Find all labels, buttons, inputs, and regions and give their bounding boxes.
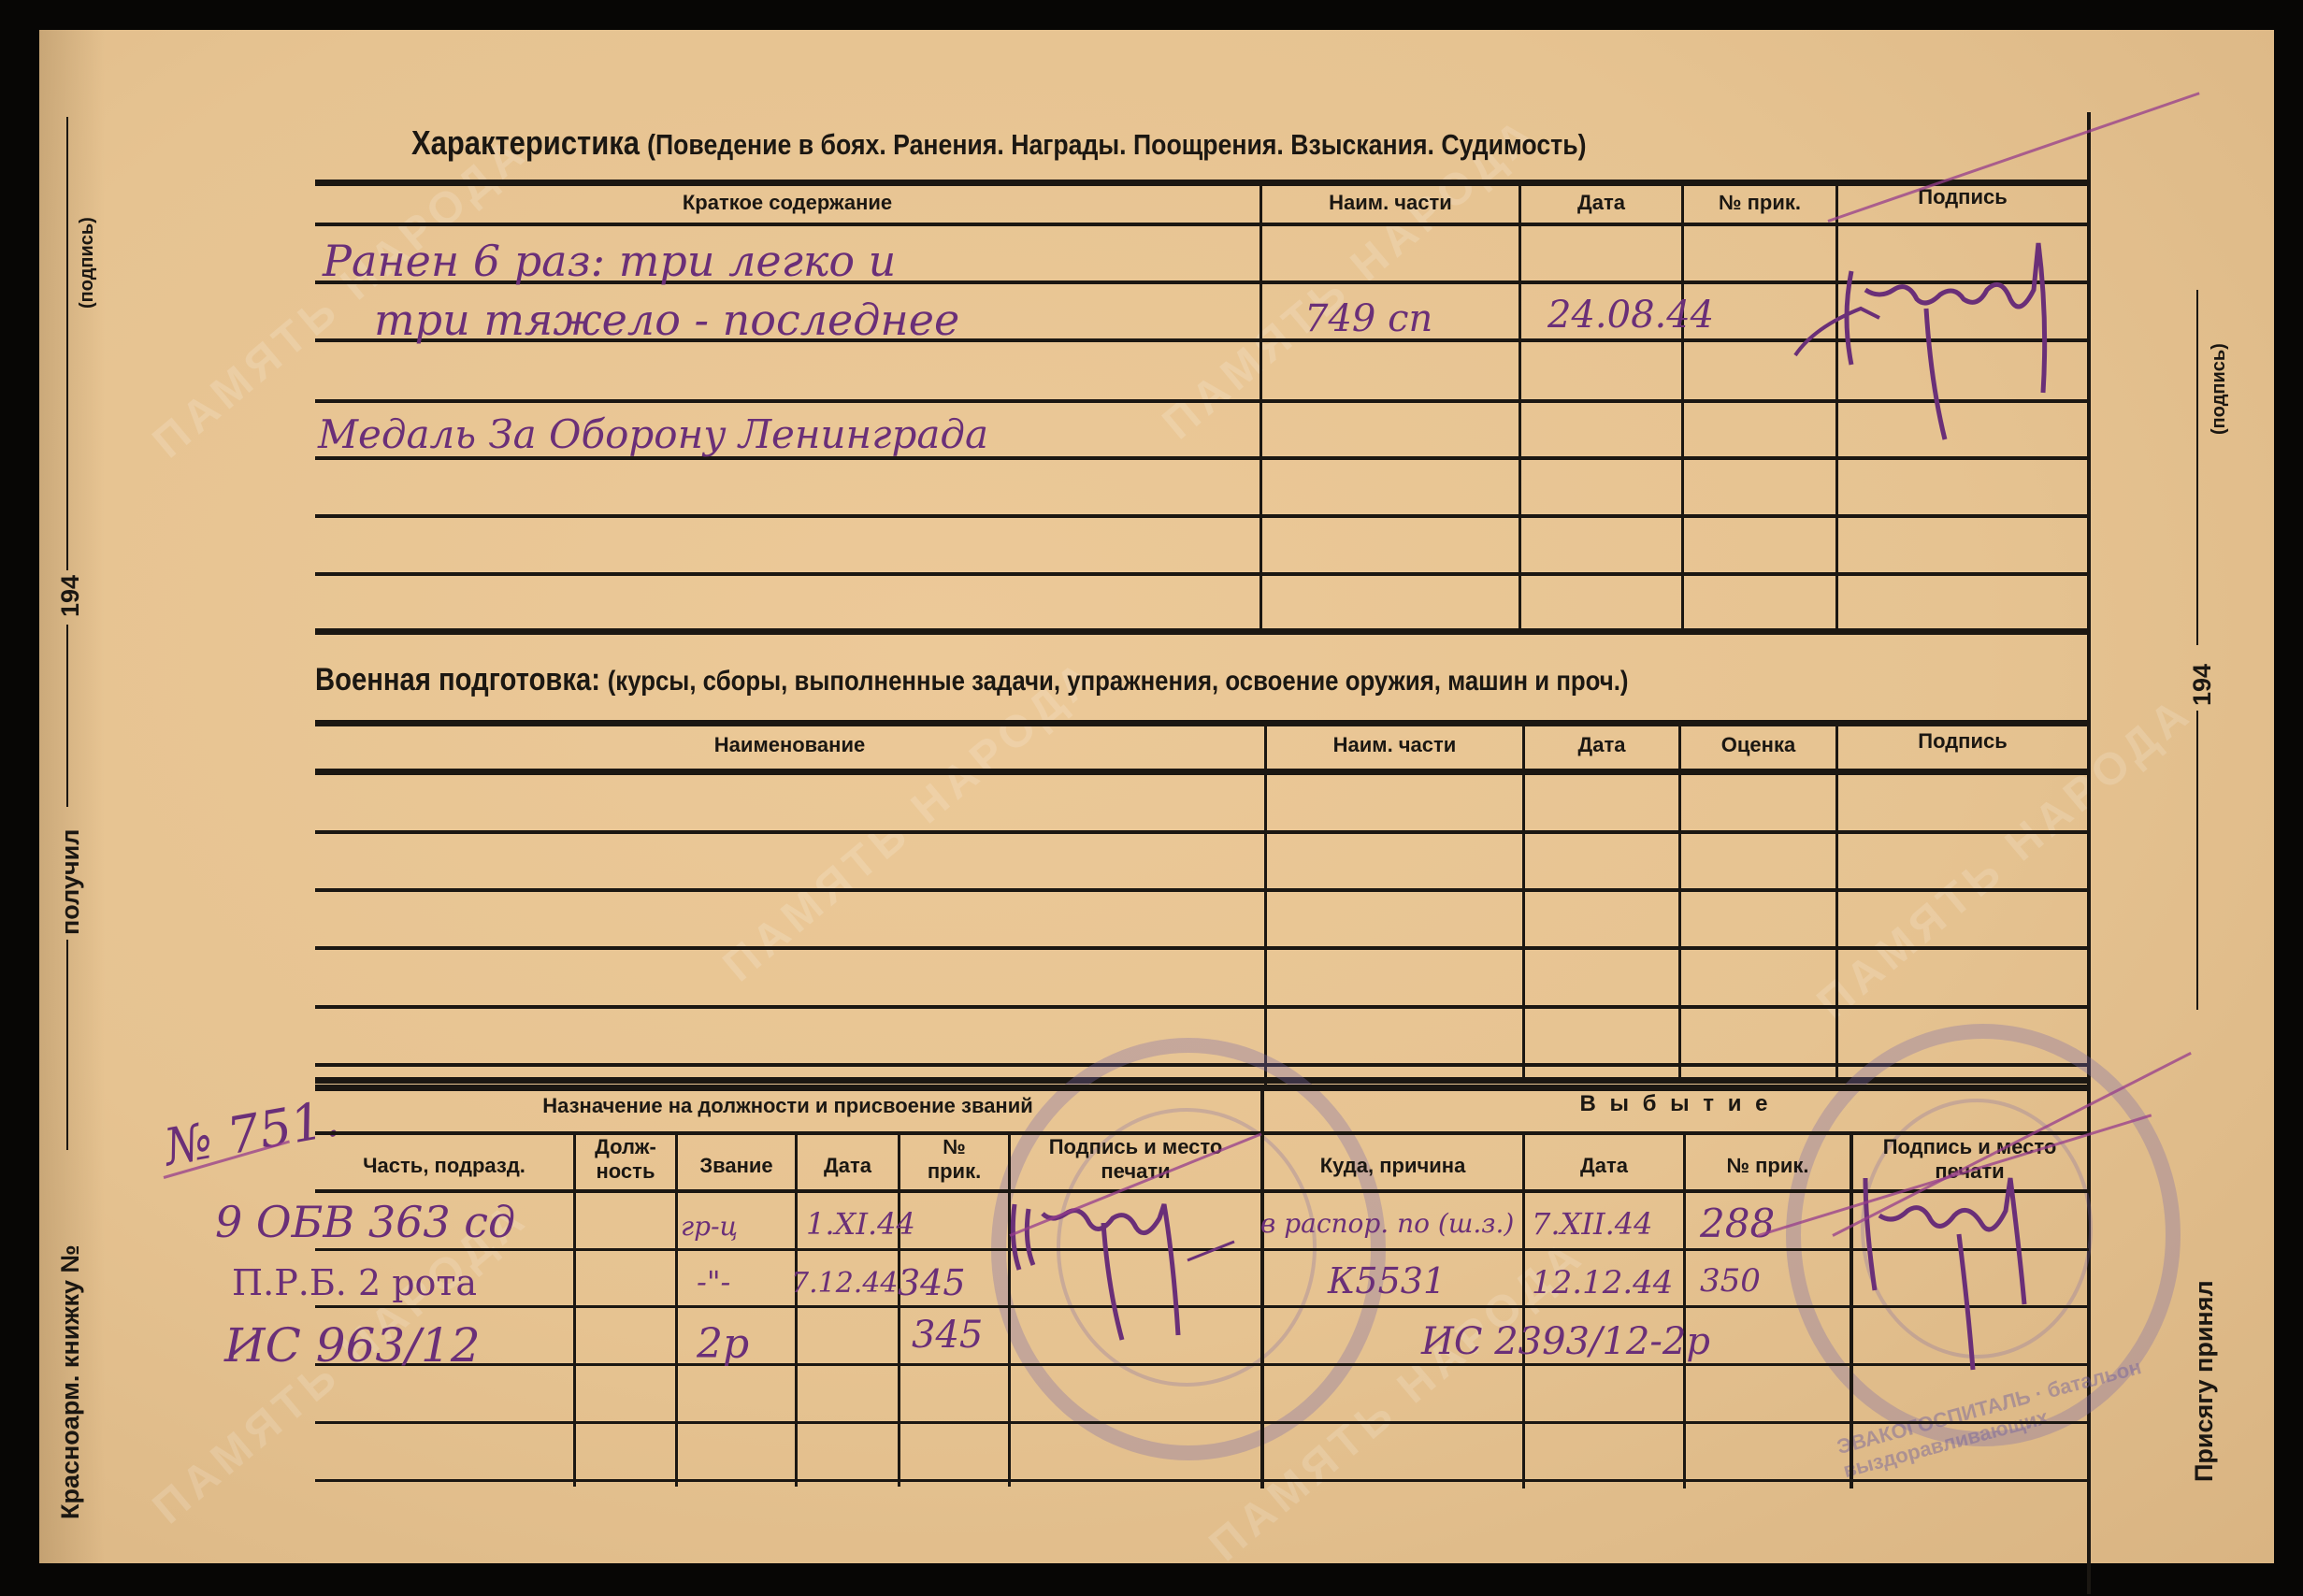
col-header-dep-order: № прик. [1686, 1154, 1850, 1178]
row-unit: 9 ОБВ 363 сд [215, 1197, 515, 1247]
entry-date: 24.08.44 [1547, 294, 1714, 337]
table-col-divider [573, 1131, 576, 1487]
entry-unit: 749 сп [1304, 297, 1432, 340]
right-margin-line [2196, 711, 2198, 1010]
training-title-rest: (курсы, сборы, выполненные задачи, упраж… [608, 666, 1629, 697]
row-where: в распор. по (ш.з.) [1260, 1208, 1514, 1239]
col-header-date: Дата [1525, 733, 1678, 757]
table-col-divider [898, 1131, 900, 1487]
characteristic-title-rest: (Поведение в боях. Ранения. Награды. Поо… [647, 128, 1586, 161]
col-header-position-l2: ность [576, 1159, 675, 1184]
col-header-unit: Часть, подразд. [315, 1154, 573, 1178]
col-header-name: Наименование [315, 733, 1264, 757]
col-header-summary: Краткое содержание [315, 191, 1259, 215]
table-rule [315, 946, 2089, 950]
col-header-date: Дата [798, 1154, 898, 1178]
row-unit: ИС 963/12 [224, 1318, 481, 1373]
table-col-divider [1259, 180, 1262, 635]
table-rule [315, 888, 2089, 892]
col-header-sign-l2: печати [1011, 1159, 1260, 1184]
training-title-bold: Военная подготовка: [315, 662, 600, 697]
left-margin-line [66, 940, 68, 1150]
table-border [315, 720, 2089, 726]
col-header-dep-sign-l1: Подпись и место [1852, 1135, 2087, 1159]
training-title: Военная подготовка: (курсы, сборы, выпол… [315, 662, 1629, 698]
table-border [315, 628, 2089, 635]
characteristic-title: Характеристика (Поведение в боях. Ранени… [411, 123, 1587, 163]
left-margin-line [66, 625, 68, 807]
col-header-date: Дата [1521, 191, 1681, 215]
characteristic-title-bold: Характеристика [411, 123, 640, 162]
entry-text: Медаль За Оборону Ленинграда [318, 411, 988, 457]
row-rank: 2р [697, 1320, 749, 1368]
table-col-divider [1678, 720, 1681, 1080]
signature-mark [1777, 168, 2113, 449]
left-margin-line [66, 117, 68, 570]
table-rule [315, 830, 2089, 834]
col-header-signature: Подпись [1838, 729, 2087, 754]
watermark: ПАМЯТЬ НАРОДА [714, 651, 1107, 991]
table-border [315, 1085, 2089, 1091]
table-rule [315, 769, 2089, 775]
row-where: ИС 2393/12-2р [1421, 1320, 1710, 1363]
row-dep-date: 7.XII.44 [1532, 1206, 1652, 1242]
entry-text: Ранен 6 раз: три легко и [323, 236, 896, 286]
row-dep-order: 288 [1700, 1201, 1775, 1246]
appointment-signature [1000, 1186, 1262, 1344]
row-rank: гр-ц [681, 1211, 738, 1242]
col-header-position-l1: Долж- [576, 1135, 675, 1159]
col-header-order-l2: прик. [900, 1159, 1008, 1184]
table-col-divider [1522, 1131, 1525, 1488]
col-header-sign: Подпись и место печати [1011, 1135, 1260, 1184]
right-margin-line [2196, 290, 2198, 645]
col-header-order: № прик. [900, 1135, 1008, 1184]
table-rule [315, 514, 2089, 518]
left-margin-signature-label: (подпись) [77, 217, 98, 309]
table-rule [315, 572, 2089, 576]
row-order: 345 [898, 1262, 966, 1303]
table-rule [315, 1479, 2089, 1482]
row-order: 345 [912, 1314, 983, 1357]
table-col-divider [1683, 1131, 1686, 1488]
left-margin-received-label: получил [56, 829, 85, 935]
table-col-divider [1264, 720, 1267, 1085]
departure-title: В ы б ы т и е [1264, 1092, 2087, 1116]
col-header-position: Долж- ность [576, 1135, 675, 1184]
table-rule [315, 1421, 2089, 1424]
row-rank: -"- [697, 1264, 730, 1300]
right-margin-signature-label: (подпись) [2209, 343, 2230, 435]
row-dep-order: 350 [1700, 1262, 1761, 1300]
row-date: 7.12.44 [791, 1267, 899, 1300]
left-margin-book-label: Красноарм. книжку № [56, 1244, 85, 1519]
table-rule [315, 1363, 2089, 1366]
table-col-divider [1681, 180, 1684, 635]
col-header-order-l1: № [900, 1135, 1008, 1159]
entry-text: три тяжело - последнее [374, 295, 959, 345]
row-date: 1.XI.44 [806, 1206, 915, 1242]
col-header-where: Куда, причина [1263, 1154, 1522, 1178]
departure-signature [1851, 1159, 2094, 1384]
col-header-grade: Оценка [1681, 733, 1835, 757]
row-unit: П.Р.Б. 2 рота [232, 1262, 477, 1303]
table-col-divider [1835, 720, 1838, 1080]
table-rule [315, 1005, 2089, 1009]
table-col-divider [1519, 180, 1521, 635]
table-col-divider [1522, 720, 1525, 1080]
row-where: К5531 [1328, 1260, 1446, 1301]
col-header-rank: Звание [678, 1154, 795, 1178]
col-header-unit: Наим. части [1267, 733, 1522, 757]
right-margin-year: 194 [2188, 664, 2217, 706]
appointments-title: Назначение на должности и присвоение зва… [315, 1094, 1260, 1118]
table-col-divider [675, 1131, 678, 1487]
col-header-unit: Наим. части [1262, 191, 1519, 215]
col-header-dep-date: Дата [1525, 1154, 1683, 1178]
table-col-divider [795, 1131, 798, 1487]
row-dep-date: 12.12.44 [1532, 1264, 1673, 1301]
left-margin-year: 194 [56, 575, 85, 617]
